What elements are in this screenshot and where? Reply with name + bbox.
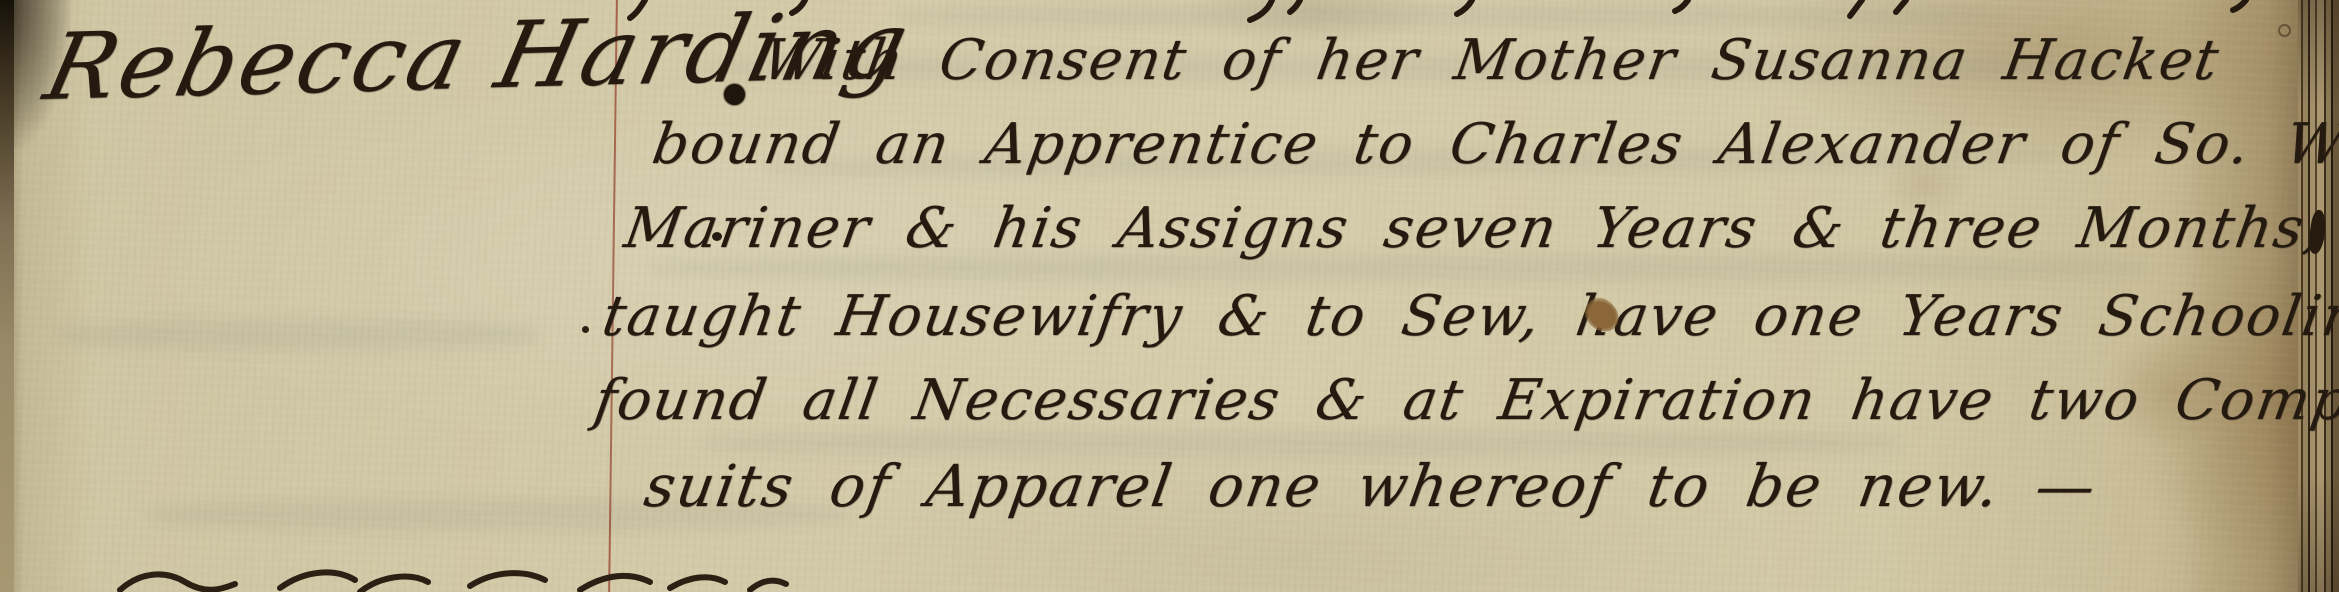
entry-line-3: Mariner & his Assigns seven Years & thre… — [620, 196, 2339, 261]
entry-line-1: With Consent of her Mother Susanna Hacke… — [758, 28, 2224, 93]
show-through-smudge — [60, 320, 540, 350]
entry-line-6: suits of Apparel one whereof to be new. … — [640, 452, 2102, 520]
paper-mark — [2278, 24, 2291, 37]
entry-line-5: found all Necessaries & at Expiration ha… — [590, 368, 2339, 433]
cutoff-strokes-bottom — [110, 560, 790, 592]
entry-line-4: taught Housewifry & to Sew, have one Yea… — [598, 284, 2339, 349]
page-left-edge — [0, 0, 14, 592]
ink-speck — [582, 326, 589, 333]
entry-name-period-dot: . — [724, 84, 745, 105]
manuscript-page: Rebecca Harding . With Consent of her Mo… — [0, 0, 2339, 592]
entry-line-2: bound an Apprentice to Charles Alexander… — [648, 112, 2339, 177]
